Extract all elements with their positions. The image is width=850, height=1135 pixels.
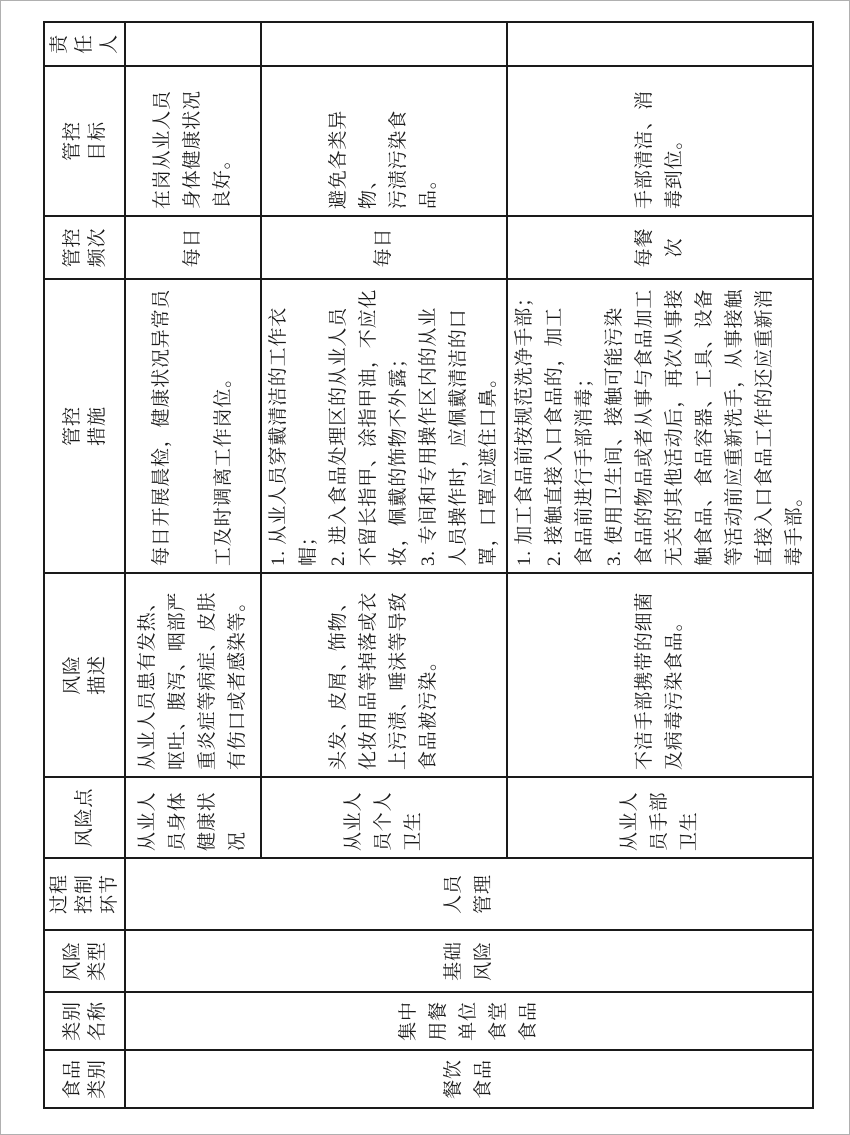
cell-r1-risk-description: 从业人员患有发热、 呕吐、腹泻、咽部严 重炎症等病症、皮肤 有伤口或者感染等。 [125,573,261,777]
cell-r2-control-target: 避免各类异物、 污渍污染食品。 [261,66,507,216]
header-risk-description: 风险 描述 [44,573,125,777]
cell-process-control-link-merged: 人员 管理 [125,858,813,930]
header-risk-point: 风险点 [44,777,125,858]
cell-r3-control-target: 手部清洁、消 毒到位。 [507,66,813,216]
header-control-target: 管控 目标 [44,66,125,216]
cell-r2-risk-point: 从业人 员个人 卫生 [261,777,507,858]
header-control-measures: 管控 措施 [44,279,125,573]
cell-r3-control-measures: 1. 加工食品前按规范洗净手部； 2. 接触直接入口食品的，加工 食品前进行手部… [507,279,813,573]
cell-r1-control-measures: 每日开展晨检，健康状况异常员 工及时调离工作岗位。 [125,279,261,573]
header-responsible-person: 责任 人 [44,22,125,66]
header-category-name: 类别 名称 [44,992,125,1050]
header-risk-type: 风险 类型 [44,930,125,992]
cell-r3-control-frequency: 每餐 次 [507,216,813,279]
rotated-table-container: 食品 类别 类别 名称 风险 类型 过程 控制 环节 风险点 风险 描述 管控 … [43,23,803,1109]
table-row-health-status: 餐饮 食品 集中 用餐 单位 食堂 食品 基础 风险 人员 管理 从业人 员身体… [125,22,261,1108]
cell-risk-type-merged: 基础 风险 [125,930,813,992]
cell-r1-control-target: 在岗从业人员 身体健康状况 良好。 [125,66,261,216]
cell-food-category-merged: 餐饮 食品 [125,1050,813,1108]
cell-r3-responsible-person [507,22,813,66]
cell-r2-control-frequency: 每日 [261,216,507,279]
cell-r2-responsible-person [261,22,507,66]
table-header-row: 食品 类别 类别 名称 风险 类型 过程 控制 环节 风险点 风险 描述 管控 … [44,22,125,1108]
cell-r1-risk-point: 从业人 员身体 健康状 况 [125,777,261,858]
document-page: 食品 类别 类别 名称 风险 类型 过程 控制 环节 风险点 风险 描述 管控 … [0,0,850,1135]
cell-r1-responsible-person [125,22,261,66]
header-process-control-link: 过程 控制 环节 [44,858,125,930]
cell-r3-risk-description: 不洁手部携带的细菌 及病毒污染食品。 [507,573,813,777]
header-control-frequency: 管控 频次 [44,216,125,279]
risk-control-table: 食品 类别 类别 名称 风险 类型 过程 控制 环节 风险点 风险 描述 管控 … [43,21,814,1109]
cell-r1-control-frequency: 每日 [125,216,261,279]
header-food-category: 食品 类别 [44,1050,125,1108]
cell-category-name-merged: 集中 用餐 单位 食堂 食品 [125,992,813,1050]
cell-r2-control-measures: 1. 从业人员穿戴清洁的工作衣 帽； 2. 进入食品处理区的从业人员 不留长指甲… [261,279,507,573]
cell-r3-risk-point: 从业人 员手部 卫生 [507,777,813,858]
cell-r2-risk-description: 头发、皮屑、饰物、 化妆用品等掉落或衣 上污渍、唾沫等导致 食品被污染。 [261,573,507,777]
